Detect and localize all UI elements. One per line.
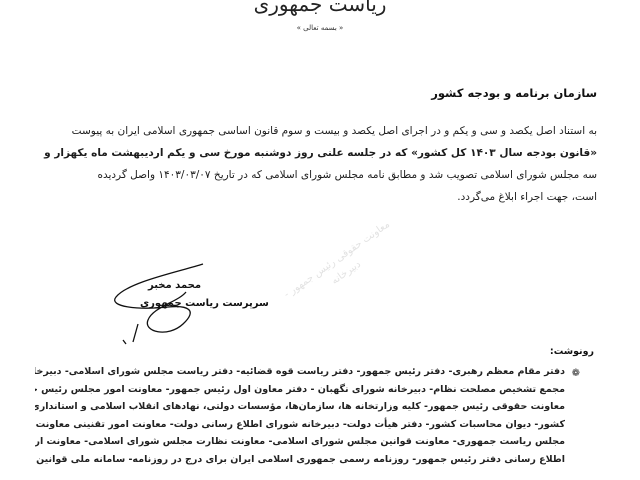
document-page: ریاست جمهوری « بسمه تعالی » سازمان برنام… [0, 0, 640, 480]
letterhead-subtitle: « بسمه تعالی » [0, 24, 640, 32]
body-line: به استناد اصل یکصد و سی و یکم و در اجرای… [42, 120, 597, 142]
letterhead-title: ریاست جمهوری [0, 0, 640, 16]
cc-recipients: دفتر مقام معظم رهبری- دفتر رئیس جمهور- د… [35, 363, 565, 468]
cc-line: مجمع تشخیص مصلحت نظام- دبیرخانه شورای نگ… [35, 381, 565, 399]
bullet-icon: ❁ [572, 368, 580, 379]
recipient-heading: سازمان برنامه و بودجه کشور [431, 86, 597, 100]
cc-label: رونوشت: [550, 346, 594, 357]
faded-stamp: معاونت حقوقی رئیس جمهور - دبیرخانه [271, 211, 448, 375]
body-line-law-title: «قانون بودجه سال ۱۴۰۳ کل کشور» که در جلس… [42, 142, 597, 164]
cc-line: معاونت حقوقی رئیس جمهور- کلیه وزارتخانه … [35, 398, 565, 416]
letter-body: به استناد اصل یکصد و سی و یکم و در اجرای… [42, 120, 597, 208]
body-line: سه مجلس شورای اسلامی تصویب شد و مطابق نا… [42, 164, 597, 186]
cc-line: اطلاع رسانی دفتر رئیس جمهور- روزنامه رسم… [35, 451, 565, 469]
cc-line: مجلس ریاست جمهوری- معاونت قوانین مجلس شو… [35, 433, 565, 451]
signer-title: سرپرست ریاست جمهوری [140, 298, 269, 309]
cc-line: دفتر مقام معظم رهبری- دفتر رئیس جمهور- د… [35, 363, 565, 381]
signer-name: محمد مخبر [148, 280, 201, 291]
cc-line: کشور- دیوان محاسبات کشور- دفتر هیأت دولت… [35, 416, 565, 434]
signature-block: محمد مخبر سرپرست ریاست جمهوری [108, 262, 258, 347]
body-line: است، جهت اجراء ابلاغ می‌گردد. [42, 186, 597, 208]
